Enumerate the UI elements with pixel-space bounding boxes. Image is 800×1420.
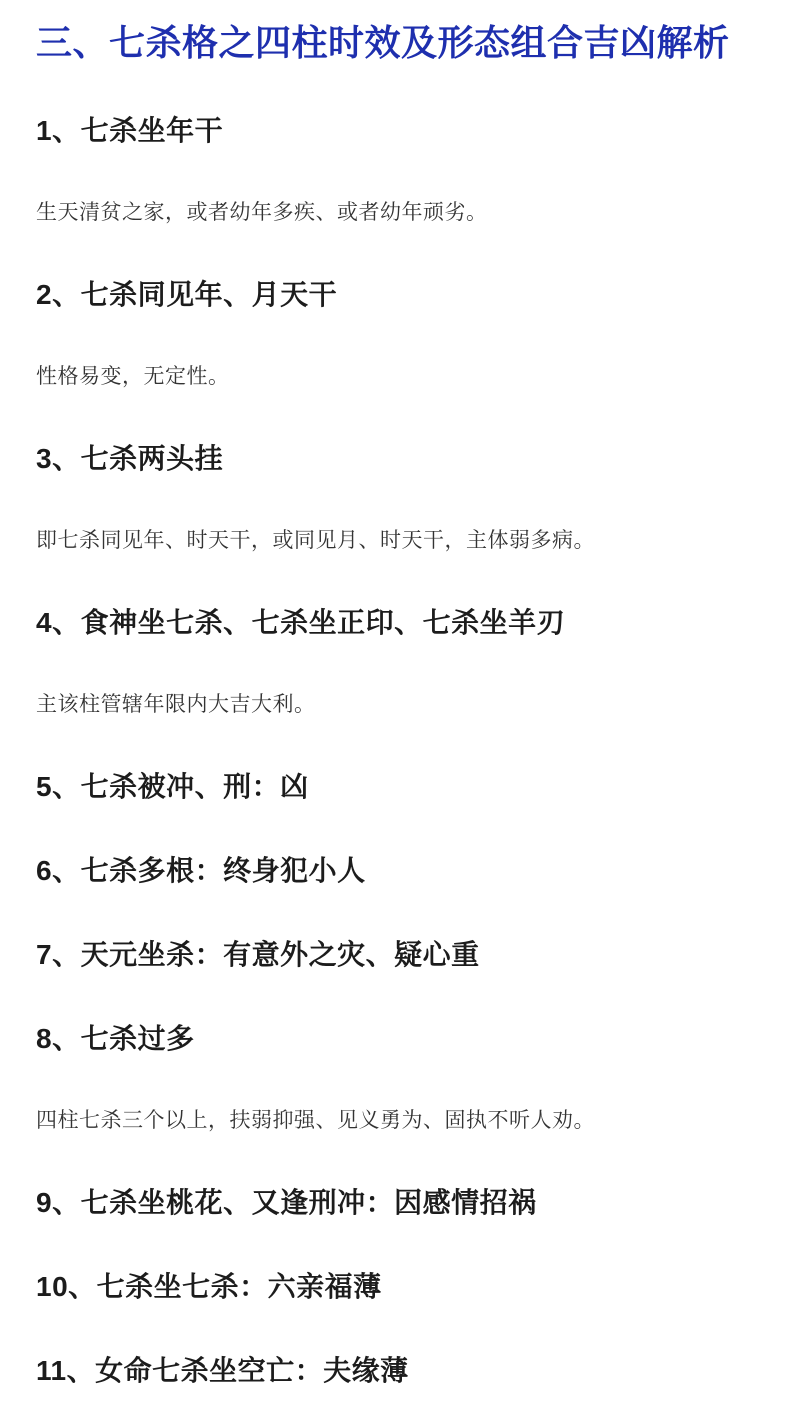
- section-paragraph: 性格易变，无定性。: [36, 362, 760, 392]
- section-paragraph: 生天清贫之家，或者幼年多疾、或者幼年顽劣。: [36, 198, 760, 228]
- section-paragraph: 即七杀同见年、时天干，或同见月、时天干，主体弱多病。: [36, 526, 760, 556]
- page-title: 三、七杀格之四柱时效及形态组合吉凶解析: [36, 21, 760, 65]
- sections-list: 1、七杀坐年干生天清贫之家，或者幼年多疾、或者幼年顽劣。2、七杀同见年、月天干性…: [36, 114, 760, 1388]
- section-paragraph: 主该柱管辖年限内大吉大利。: [36, 690, 760, 720]
- section-heading: 4、食神坐七杀、七杀坐正印、七杀坐羊刃: [36, 606, 760, 640]
- section-heading: 6、七杀多根：终身犯小人: [36, 854, 760, 888]
- section-heading: 3、七杀两头挂: [36, 442, 760, 476]
- section-heading: 8、七杀过多: [36, 1022, 760, 1056]
- section-heading: 7、天元坐杀：有意外之灾、疑心重: [36, 938, 760, 972]
- section-paragraph: 四柱七杀三个以上，扶弱抑强、见义勇为、固执不听人劝。: [36, 1106, 760, 1136]
- section-heading: 1、七杀坐年干: [36, 114, 760, 148]
- section-heading: 10、七杀坐七杀：六亲福薄: [36, 1270, 760, 1304]
- section-heading: 2、七杀同见年、月天干: [36, 278, 760, 312]
- section-heading: 5、七杀被冲、刑：凶: [36, 770, 760, 804]
- section-heading: 11、女命七杀坐空亡：夫缘薄: [36, 1354, 760, 1388]
- article: 三、七杀格之四柱时效及形态组合吉凶解析 1、七杀坐年干生天清贫之家，或者幼年多疾…: [0, 0, 800, 1388]
- section-heading: 9、七杀坐桃花、又逢刑冲：因感情招祸: [36, 1186, 760, 1220]
